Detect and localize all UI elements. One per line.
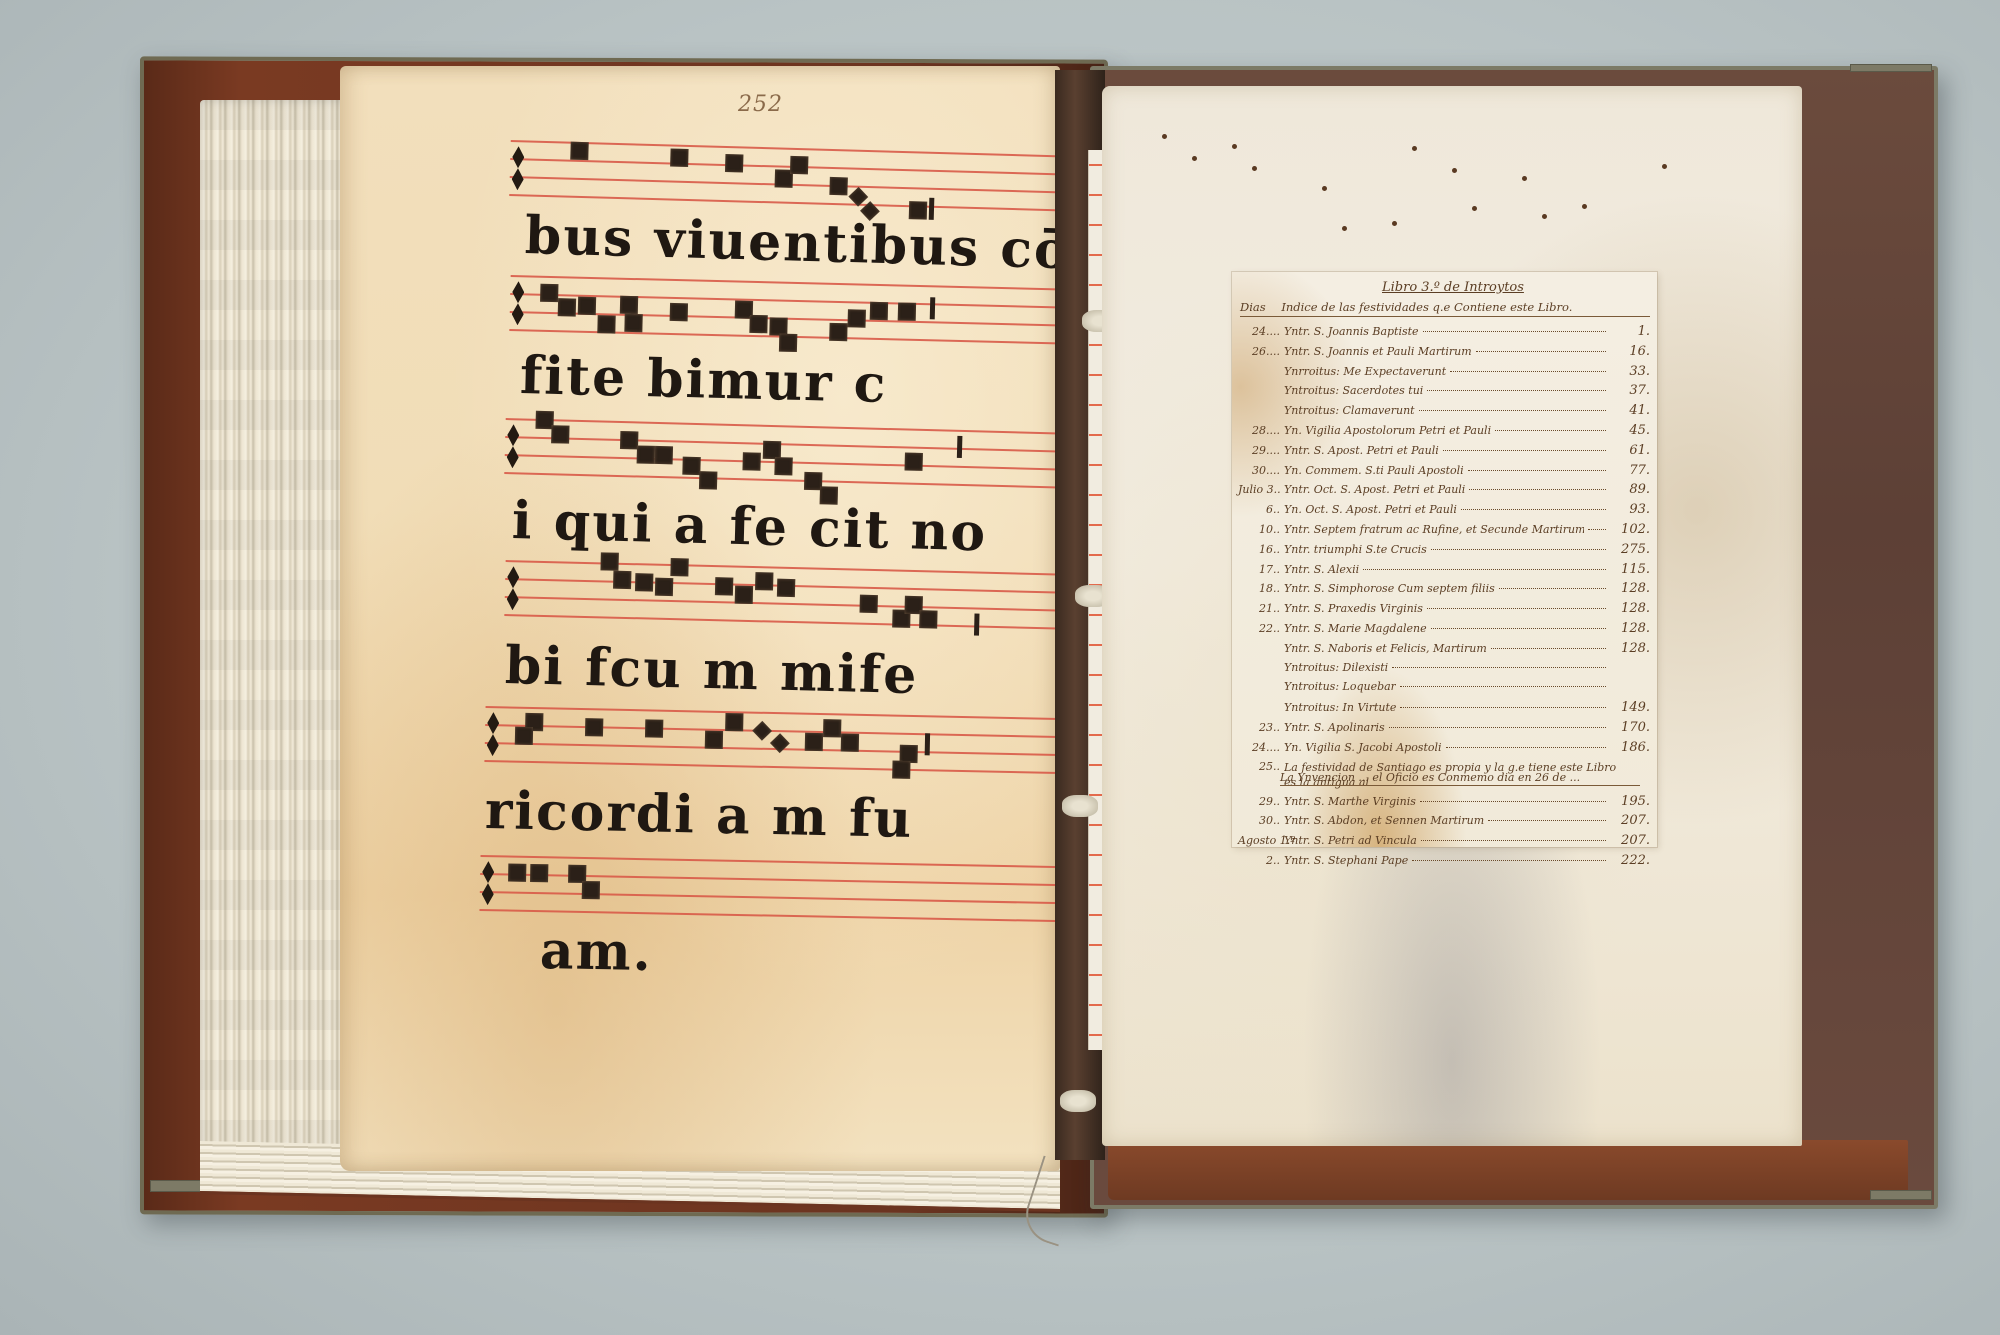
index-row: 23..Yntr. S. Apolinaris170. [1238, 720, 1650, 740]
index-folio: 128. [1610, 621, 1650, 636]
index-entry: Yntr. S. Marthe Virginis [1284, 795, 1416, 808]
index-row: 24....Yntr. S. Joannis Baptiste1. [1238, 324, 1650, 344]
square-note [705, 731, 723, 749]
index-row: 18..Yntr. S. Simphorose Cum septem filii… [1238, 581, 1650, 601]
index-day: 30.... [1238, 464, 1284, 477]
leader-dots [1469, 489, 1606, 490]
index-entry: Yn. Oct. S. Apost. Petri et Pauli [1284, 503, 1457, 516]
leader-dots [1392, 667, 1606, 668]
wormhole [1252, 166, 1257, 171]
square-note [898, 302, 916, 320]
leader-dots [1400, 707, 1606, 708]
wormhole [1192, 156, 1197, 161]
leader-dots [1420, 801, 1606, 802]
index-row: 21..Yntr. S. Praxedis Virginis128. [1238, 601, 1650, 621]
index-row: 28....Yn. Vigilia Apostolorum Petri et P… [1238, 423, 1650, 443]
square-note [829, 177, 847, 195]
square-note [829, 323, 847, 341]
lyric-line: fite bimur c [519, 345, 888, 415]
square-note [779, 334, 797, 352]
wormhole [1342, 226, 1347, 231]
leader-dots [1491, 648, 1606, 649]
square-note [530, 864, 548, 882]
index-entry: Yntr. S. Petri ad Vincula [1284, 834, 1417, 847]
index-row: 10..Yntr. Septem fratrum ac Rufine, et S… [1238, 522, 1650, 542]
square-note [655, 578, 673, 596]
square-note [558, 298, 576, 316]
index-entry: Yntr. S. Praxedis Virginis [1284, 602, 1423, 615]
index-row: Yntr. S. Naboris et Felicis, Martirum128… [1238, 641, 1650, 661]
sewing-tie [1062, 795, 1098, 817]
index-folio: 128. [1610, 581, 1650, 596]
index-entry: Yntr. S. Marie Magdalene [1284, 622, 1427, 635]
index-entry: Yntr. S. Stephani Pape [1284, 854, 1408, 867]
index-folio: 102. [1610, 522, 1650, 537]
index-label: Libro 3.º de Introytos Dias Indice de la… [1232, 272, 1657, 847]
square-note [585, 718, 603, 736]
wormhole [1392, 221, 1397, 226]
lyric-line: i qui a fe cit no [511, 490, 988, 563]
index-day: 30.. [1238, 814, 1284, 827]
leader-dots [1431, 628, 1606, 629]
square-note [823, 719, 841, 737]
index-day: 29.... [1238, 444, 1284, 457]
square-note [777, 579, 795, 597]
index-entry: Yntr. S. Simphorose Cum septem filiis [1284, 582, 1495, 595]
diamond-note [752, 721, 772, 741]
index-row: 2..Yntr. S. Stephani Pape222. [1238, 853, 1650, 873]
index-day: 10.. [1238, 523, 1284, 536]
index-row: 30....Yn. Commem. S.ti Pauli Apostoli77. [1238, 463, 1650, 483]
square-note [919, 610, 937, 628]
square-note [613, 571, 631, 589]
wormhole [1412, 146, 1417, 151]
index-day: 22.. [1238, 622, 1284, 635]
square-note [645, 719, 663, 737]
lyric-line: ricordi a m fu [484, 780, 913, 850]
leader-dots [1446, 747, 1606, 748]
index-day: 17.. [1238, 563, 1284, 576]
index-entry: Yntroitus: Loquebar [1284, 680, 1396, 693]
leader-dots [1427, 608, 1606, 609]
index-folio: 37. [1610, 383, 1650, 398]
wormhole [1322, 186, 1327, 191]
index-folio: 207. [1610, 833, 1650, 848]
wormhole [1662, 164, 1667, 169]
index-entry: Yntr. triumphi S.te Crucis [1284, 543, 1427, 556]
index-entry: Yntroitus: Sacerdotes tui [1284, 384, 1423, 397]
square-note [670, 148, 688, 166]
square-note [749, 315, 767, 333]
index-row: 6..Yn. Oct. S. Apost. Petri et Pauli93. [1238, 502, 1650, 522]
index-day: Julio 3.. [1238, 483, 1284, 496]
index-day: 29.. [1238, 795, 1284, 808]
index-row: 17..Yntr. S. Alexii115. [1238, 562, 1650, 582]
leader-dots [1412, 860, 1606, 861]
custos [974, 613, 980, 635]
index-row: 30..Yntr. S. Abdon, et Sennen Martirum20… [1238, 813, 1650, 833]
index-row: 29..Yntr. S. Marthe Virginis195. [1238, 794, 1650, 814]
square-note [682, 457, 700, 475]
index-day: 6.. [1238, 503, 1284, 516]
index-folio: 195. [1610, 794, 1650, 809]
square-note [860, 595, 878, 613]
index-entry: Yntr. S. Joannis et Pauli Martirum [1284, 345, 1472, 358]
index-folio: 33. [1610, 364, 1650, 379]
sewing-tie [1060, 1090, 1096, 1112]
index-entry: Yntr. S. Apost. Petri et Pauli [1284, 444, 1439, 457]
index-day: 24.... [1238, 325, 1284, 338]
index-entry: Yntroitus: Clamaverunt [1284, 404, 1415, 417]
index-day: 28.... [1238, 424, 1284, 437]
custos [925, 733, 930, 755]
wormhole [1472, 206, 1477, 211]
custos [957, 436, 963, 458]
index-day: 2.. [1238, 854, 1284, 867]
leader-dots [1431, 549, 1606, 550]
square-note [892, 761, 910, 779]
c-clef-icon [511, 146, 524, 190]
leader-dots [1427, 390, 1606, 391]
index-folio: 89. [1610, 482, 1650, 497]
leader-dots [1450, 371, 1606, 372]
square-note [670, 303, 688, 321]
square-note [715, 577, 733, 595]
square-note [540, 284, 558, 302]
square-note [597, 315, 615, 333]
square-note [725, 154, 743, 172]
square-note [570, 142, 588, 160]
square-note [848, 309, 866, 327]
leader-dots [1363, 569, 1606, 570]
wormhole [1232, 144, 1237, 149]
wormhole [1162, 134, 1167, 139]
square-note [735, 586, 753, 604]
index-folio: 207. [1610, 813, 1650, 828]
index-entry: Yn. Vigilia S. Jacobi Apostoli [1284, 741, 1442, 754]
text-block-fore-edge [200, 100, 360, 1190]
index-day: 23.. [1238, 721, 1284, 734]
leader-dots [1499, 588, 1606, 589]
index-folio: 128. [1610, 601, 1650, 616]
index-day: Agosto 1.º [1238, 834, 1284, 847]
index-footnote: La Ynvencion ... el Oficio es Conmemo di… [1280, 770, 1640, 786]
index-row: 26....Yntr. S. Joannis et Pauli Martirum… [1238, 344, 1650, 364]
index-days-header: Dias [1240, 300, 1266, 314]
index-entry: Yntroitus: In Virtute [1284, 701, 1396, 714]
c-clef-icon [506, 424, 519, 468]
square-note [578, 297, 596, 315]
leader-dots [1588, 529, 1606, 530]
index-entry: Yntr. S. Abdon, et Sennen Martirum [1284, 814, 1484, 827]
index-row: 22..Yntr. S. Marie Magdalene128. [1238, 621, 1650, 641]
index-row: 24....Yn. Vigilia S. Jacobi Apostoli186. [1238, 740, 1650, 760]
index-row: Julio 3..Yntr. Oct. S. Apost. Petri et P… [1238, 482, 1650, 502]
index-row: Yntroitus: Sacerdotes tui37. [1238, 383, 1650, 403]
square-note [904, 452, 922, 470]
index-entry: Yntr. Septem fratrum ac Rufine, et Secun… [1284, 523, 1584, 536]
index-subtitle: Dias Indice de las festividades q.e Cont… [1240, 300, 1650, 317]
square-note [790, 156, 808, 174]
index-row: 16..Yntr. triumphi S.te Crucis275. [1238, 542, 1650, 562]
lyric-line: am. [539, 920, 653, 983]
wormhole [1542, 214, 1547, 219]
square-note [620, 431, 638, 449]
index-entry: Yntroitus: Dilexisti [1284, 661, 1388, 674]
leader-dots [1468, 470, 1606, 471]
square-note [515, 727, 533, 745]
index-folio: 93. [1610, 502, 1650, 517]
index-entry: Yntr. S. Joannis Baptiste [1284, 325, 1419, 338]
index-folio: 128. [1610, 641, 1650, 656]
index-day: 16.. [1238, 543, 1284, 556]
wormhole [1522, 176, 1527, 181]
square-note [635, 573, 653, 591]
wormhole [1452, 168, 1457, 173]
leader-dots [1400, 686, 1606, 687]
index-day: 21.. [1238, 602, 1284, 615]
wormhole [1582, 204, 1587, 209]
index-day: 24.... [1238, 741, 1284, 754]
index-row: Yntroitus: Dilexisti [1238, 661, 1650, 681]
square-note [841, 733, 859, 751]
index-folio: 115. [1610, 562, 1650, 577]
index-entry: Yntr. S. Alexii [1284, 563, 1359, 576]
c-clef-icon [506, 566, 519, 610]
index-row: Yntroitus: Loquebar [1238, 680, 1650, 700]
square-note [699, 471, 717, 489]
square-note [755, 572, 773, 590]
index-folio: 1. [1610, 324, 1650, 339]
square-note [582, 881, 600, 899]
index-title: Libro 3.º de Introytos [1382, 280, 1524, 295]
square-note [774, 457, 792, 475]
index-entry: Yntr. Oct. S. Apost. Petri et Pauli [1284, 483, 1465, 496]
square-note [624, 314, 642, 332]
index-table: 24....Yntr. S. Joannis Baptiste1. 26....… [1238, 324, 1650, 873]
index-day: 18.. [1238, 582, 1284, 595]
index-day: 25.. [1238, 760, 1284, 773]
leader-dots [1495, 430, 1606, 431]
square-note [551, 425, 569, 443]
square-note [637, 445, 655, 463]
index-entry: Yn. Commem. S.ti Pauli Apostoli [1284, 464, 1464, 477]
leader-dots [1461, 509, 1606, 510]
corner-metal-clasp [1870, 1190, 1932, 1200]
folio-number: 252 [738, 92, 783, 117]
leader-dots [1423, 331, 1606, 332]
index-row: Ynrroitus: Me Expectaverunt33. [1238, 364, 1650, 384]
square-note [870, 302, 888, 320]
index-folio: 186. [1610, 740, 1650, 755]
square-note [655, 446, 673, 464]
index-folio: 170. [1610, 720, 1650, 735]
custos [930, 297, 936, 319]
square-note [620, 296, 638, 314]
index-entry: Ynrroitus: Me Expectaverunt [1284, 365, 1446, 378]
index-heading: Indice de las festividades q.e Contiene … [1281, 300, 1572, 314]
square-note [725, 713, 743, 731]
index-entry: Yntr. S. Naboris et Felicis, Martirum [1284, 642, 1487, 655]
index-row: Yntroitus: Clamaverunt41. [1238, 403, 1650, 423]
index-row: Agosto 1.ºYntr. S. Petri ad Vincula207. [1238, 833, 1650, 853]
square-note [742, 452, 760, 470]
index-folio: 77. [1610, 463, 1650, 478]
leader-dots [1443, 450, 1606, 451]
index-folio: 45. [1610, 423, 1650, 438]
leader-dots [1421, 840, 1606, 841]
c-clef-icon [487, 712, 500, 756]
leader-dots [1389, 727, 1606, 728]
index-folio: 41. [1610, 403, 1650, 418]
index-folio: 275. [1610, 542, 1650, 557]
c-clef-icon [511, 281, 524, 325]
right-cover-turn-in [1108, 1140, 1908, 1200]
index-folio: 149. [1610, 700, 1650, 715]
index-row: 29....Yntr. S. Apost. Petri et Pauli61. [1238, 443, 1650, 463]
corner-metal-clasp [1850, 64, 1932, 72]
leader-dots [1488, 820, 1606, 821]
leader-dots [1419, 410, 1606, 411]
square-note [600, 552, 618, 570]
square-note [508, 864, 526, 882]
c-clef-icon [482, 861, 495, 905]
index-folio: 61. [1610, 443, 1650, 458]
index-folio: 222. [1610, 853, 1650, 868]
index-row: Yntroitus: In Virtute149. [1238, 700, 1650, 720]
index-entry: Yntr. S. Apolinaris [1284, 721, 1385, 734]
index-folio: 16. [1610, 344, 1650, 359]
square-note [805, 733, 823, 751]
lyric-line: bi fcu m mife [504, 635, 919, 706]
index-day: 26.... [1238, 345, 1284, 358]
square-note [670, 558, 688, 576]
index-entry: Yn. Vigilia Apostolorum Petri et Pauli [1284, 424, 1491, 437]
leader-dots [1476, 351, 1606, 352]
